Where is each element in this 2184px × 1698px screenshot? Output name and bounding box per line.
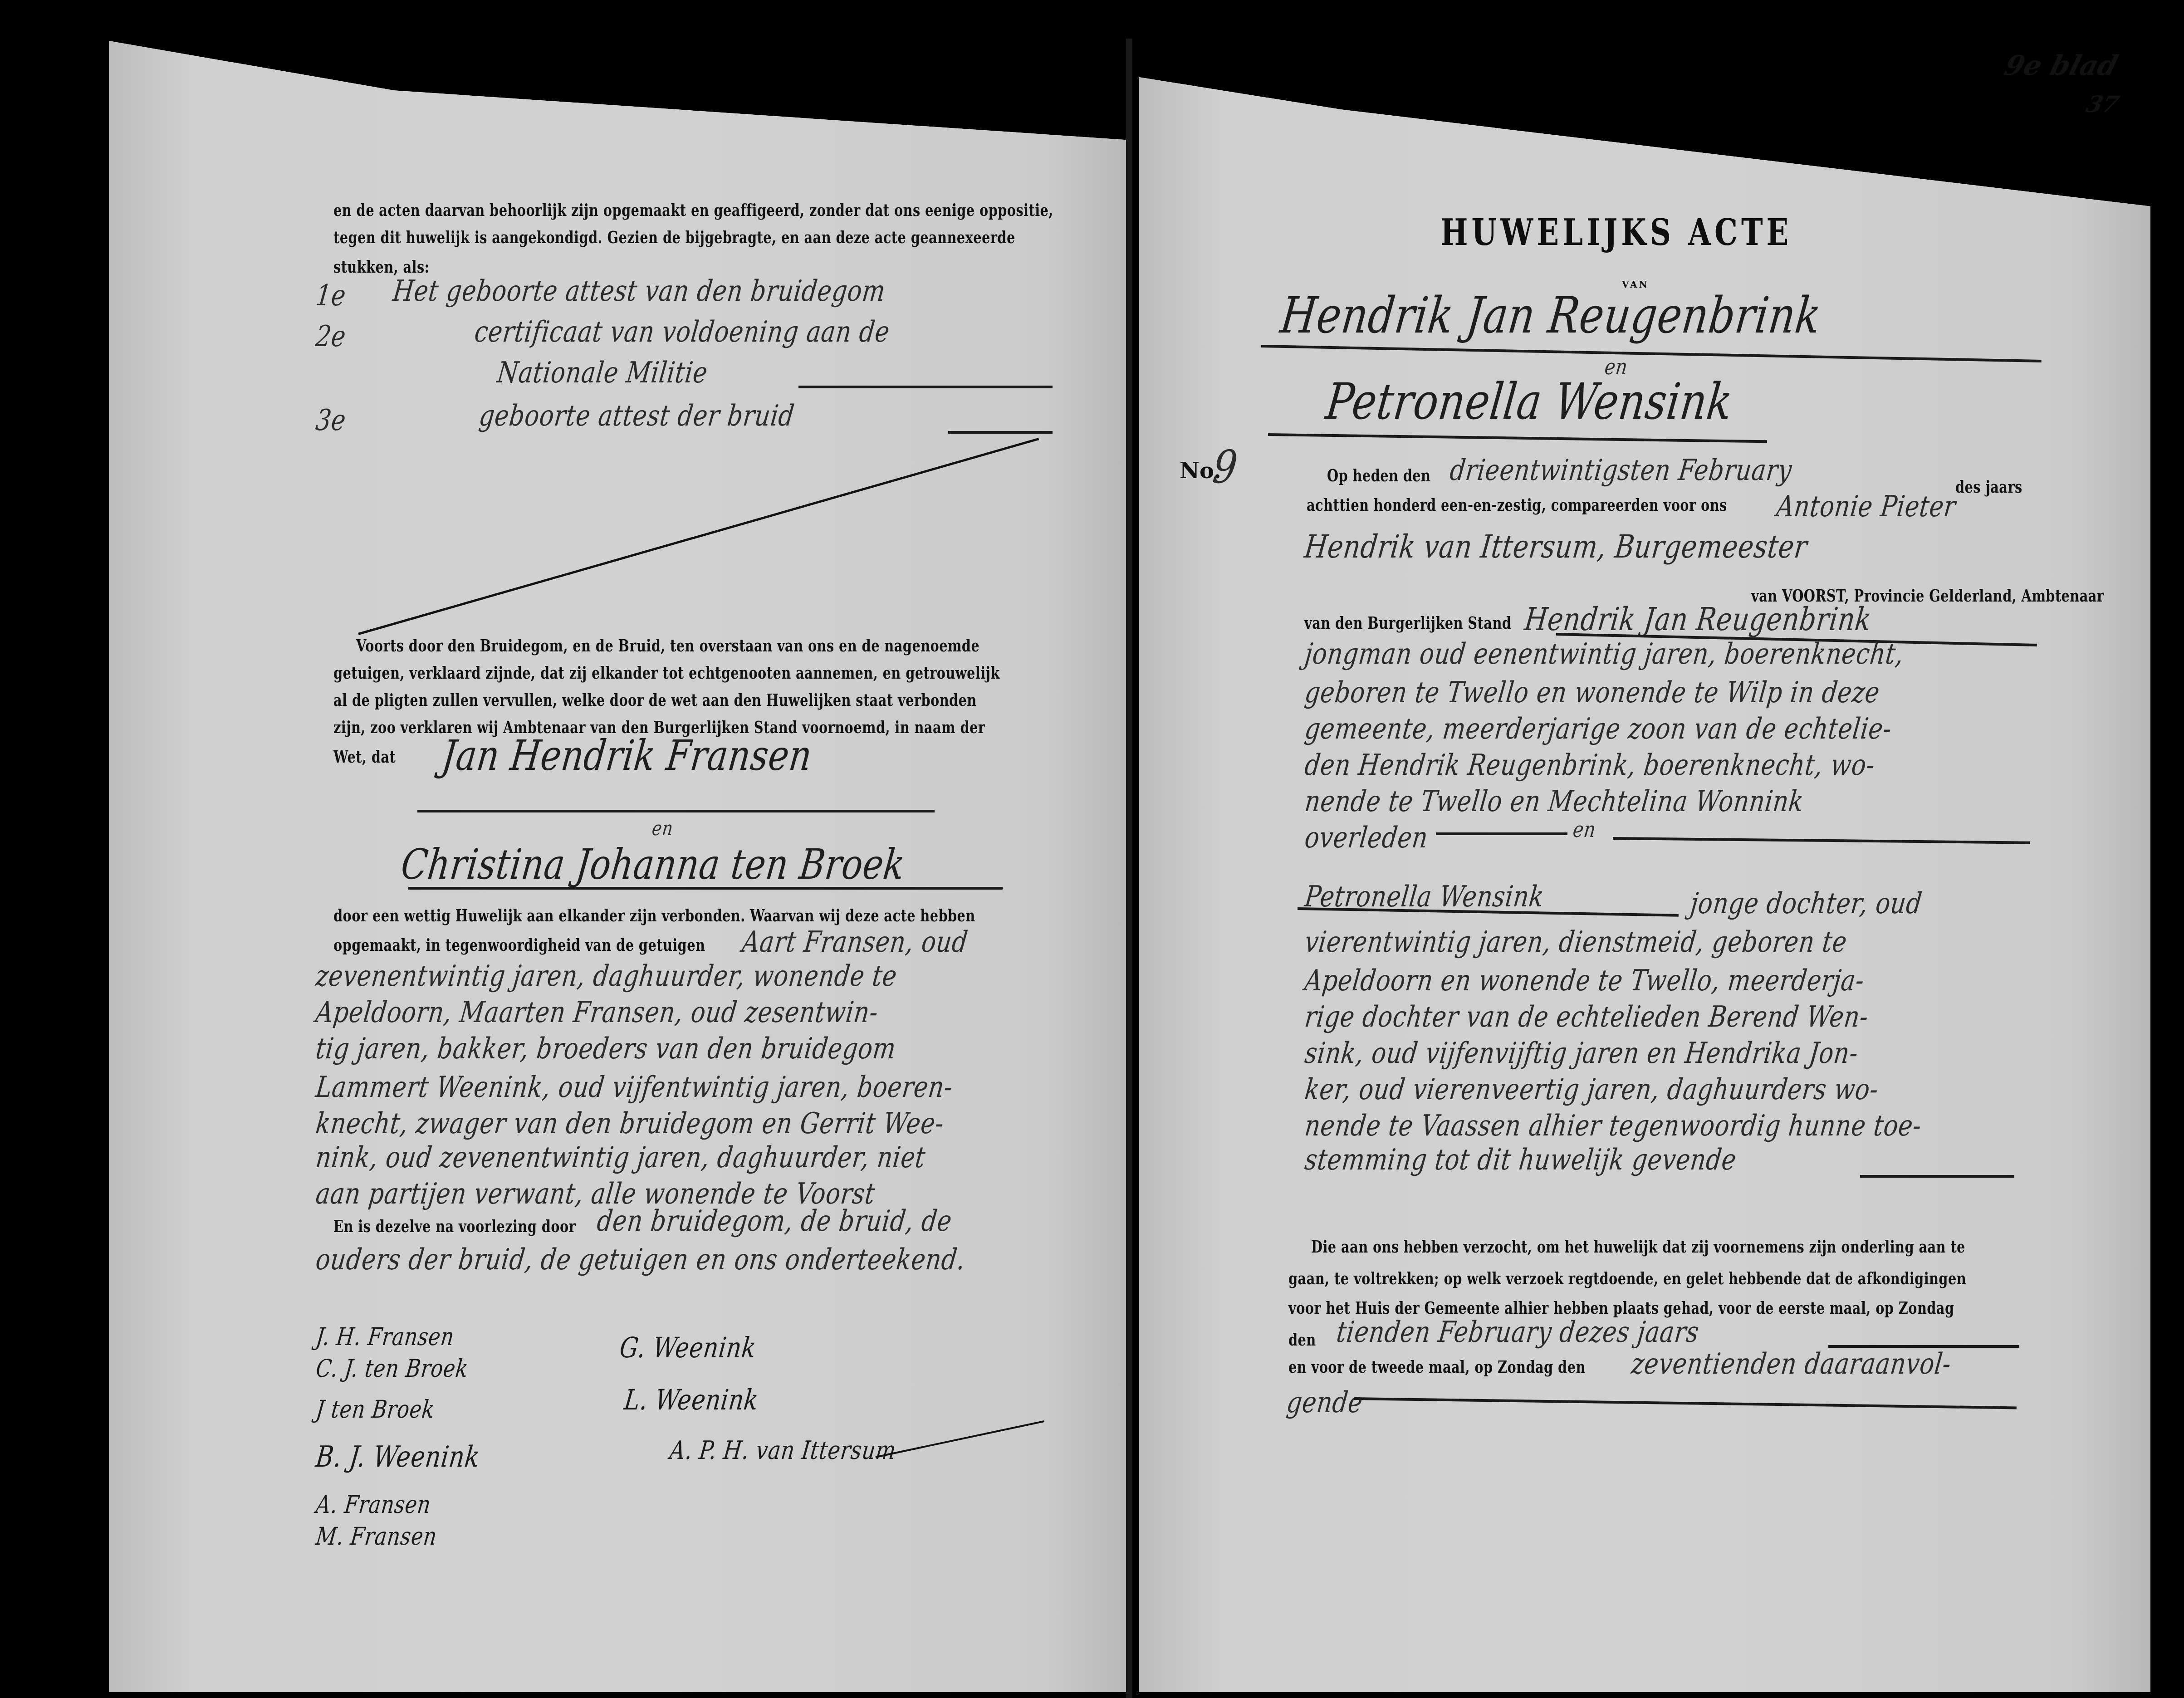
request-line-1: Die aan ons hebben verzocht, om het huwe… [1311, 1238, 1965, 1255]
official-name-1: Antonie Pieter [1775, 492, 1958, 521]
first-date: tienden February dezes jaars [1335, 1318, 1701, 1347]
witnesses-prefix: opgemaakt, in tegenwoordigheid van de ge… [333, 937, 705, 954]
bride-details-2: vierentwintig jaren, dienstmeid, geboren… [1303, 928, 1849, 957]
corner-number: 37 [2083, 91, 2122, 117]
groom-details-4: den Hendrik Reugenbrink, boerenknecht, w… [1303, 751, 1877, 780]
doc-number-2: 2e [314, 322, 348, 351]
doc-number-3: 3e [314, 406, 348, 435]
reading-prefix: En is dezelve na voorlezing door [333, 1218, 576, 1235]
intro-prefix: Op heden den [1327, 467, 1430, 484]
signature: C. J. ten Broek [315, 1356, 470, 1381]
bride-details-1: jonge dochter, oud [1689, 889, 1924, 918]
bride-details-5: sink, oud vijfenvijftig jaren en Hendrik… [1303, 1039, 1860, 1068]
intro-suffix: des jaars [1955, 479, 2022, 495]
bride-name: Christina Johanna ten Broek [399, 844, 907, 886]
signature: B. J. Weenink [314, 1443, 481, 1472]
registry-prefix: van den Burgerlijken Stand [1304, 615, 1511, 631]
official-name-2: Hendrik van Ittersum, Burgemeester [1303, 531, 1809, 563]
declaration-line-2: getuigen, verklaard zijnde, dat zij elka… [333, 665, 1000, 681]
name-rule [417, 810, 935, 812]
first-date-prefix: den [1288, 1331, 1316, 1348]
year-line: achttien honderd een-en-zestig, comparee… [1307, 497, 1727, 514]
doc-text-1: Het geboorte attest van den bruidegom [392, 277, 887, 306]
request-line-2: gaan, te voltrekken; op welk verzoek reg… [1288, 1270, 1966, 1287]
fill-rule [1860, 1175, 2014, 1178]
bride-details-6: ker, oud vierenveertig jaren, daghuurder… [1303, 1075, 1880, 1104]
header-line-2: tegen dit huwelijk is aangekondigd. Gezi… [333, 229, 1015, 246]
fill-rule [798, 386, 1053, 388]
declaration-line-1: Voorts door den Bruidegom, en de Bruid, … [356, 637, 979, 654]
groom-details-5: nende te Twello en Mechtelina Wonnink [1303, 787, 1805, 816]
signature: J ten Broek [315, 1397, 436, 1422]
bride-details-7: nende te Vaassen alhier tegenwoordig hun… [1303, 1111, 1923, 1140]
date-handwritten: drieentwintigsten February [1449, 456, 1794, 485]
witness-line-2: Apeldoorn, Maarten Fransen, oud zesentwi… [314, 998, 880, 1027]
book-spine [1126, 39, 1132, 1698]
doc-text-2: certificaat van voldoening aan de [473, 318, 891, 347]
doc-text-2b: Nationale Militie [496, 358, 710, 387]
signature-burgemeester: A. P. H. van Ittersum [669, 1438, 897, 1463]
groom-details-2: geboren te Twello en wonende te Wilp in … [1303, 678, 1881, 707]
witness-line-6: nink, oud zevenentwintig jaren, daghuurd… [314, 1143, 927, 1172]
groom-details-6: overleden [1303, 823, 1430, 852]
doc-text-3: geboorte attest der bruid [478, 401, 796, 431]
signature: L. Weenink [623, 1386, 760, 1414]
groom-name: Jan Hendrik Fransen [440, 735, 814, 777]
signature: J. H. Fransen [315, 1325, 455, 1349]
bride-details-8: stemming tot dit huwelijk gevende [1303, 1145, 1738, 1174]
conjunction: en [651, 819, 674, 839]
witness-line-0: Aart Fransen, oud [741, 928, 970, 957]
groom-repeat: Hendrik Jan Reugenbrink [1523, 603, 1873, 635]
header-line-3: stukken, als: [333, 259, 430, 275]
signature: G. Weenink [618, 1334, 758, 1362]
header-line-1: en de acten daarvan behoorlijk zijn opge… [333, 202, 1053, 219]
witness-line-5: knecht, zwager van den bruidegom en Gerr… [314, 1109, 945, 1138]
groom-name-header: Hendrik Jan Reugenbrink [1278, 290, 1823, 340]
declaration-line-5: Wet, dat [333, 749, 396, 765]
signature: A. Fransen [315, 1492, 432, 1517]
bride-name-header: Petronella Wensink [1323, 377, 1735, 426]
signature: M. Fransen [315, 1524, 438, 1549]
corner-note: 9e blad [2001, 50, 2121, 82]
doc-number-1: 1e [314, 281, 348, 310]
witness-line-4: Lammert Weenink, oud vijfentwintig jaren… [314, 1073, 955, 1102]
bride-details-4: rige dochter van de echtelieden Berend W… [1303, 1003, 1870, 1032]
declaration-line-3: al de pligten zullen vervullen, welke do… [333, 692, 977, 709]
second-prefix: en voor de tweede maal, op Zondag den [1288, 1359, 1586, 1375]
fill-rule [1436, 832, 1567, 835]
witness-line-3: tig jaren, bakker, broeders van den brui… [314, 1034, 898, 1063]
union-line: door een wettig Huwelijk aan elkander zi… [333, 907, 975, 924]
second-date: zeventienden daaraanvol- [1630, 1350, 1953, 1379]
request-line-3: voor het Huis der Gemeente alhier hebben… [1288, 1300, 1954, 1316]
bride-details-3: Apeldoorn en wonende te Twello, meerderj… [1303, 966, 1866, 995]
bride-conjunction: en [1572, 819, 1597, 841]
bride-repeat: Petronella Wensink [1303, 882, 1546, 911]
witness-line-1: zevenentwintig jaren, daghuurder, wonend… [314, 962, 899, 991]
reading-line-1: den bruidegom, de bruid, de [596, 1207, 954, 1236]
fill-rule [948, 431, 1053, 434]
second-date-cont: gende [1285, 1388, 1365, 1417]
document-title: HUWELIJKS ACTE [1440, 211, 1792, 254]
groom-details-1: jongman oud eenentwintig jaren, boerenkn… [1303, 640, 1905, 669]
groom-details-3: gemeente, meerderjarige zoon van de echt… [1303, 714, 1893, 744]
reading-line-2: ouders der bruid, de getuigen en ons ond… [314, 1245, 967, 1274]
name-rule [408, 887, 1003, 890]
